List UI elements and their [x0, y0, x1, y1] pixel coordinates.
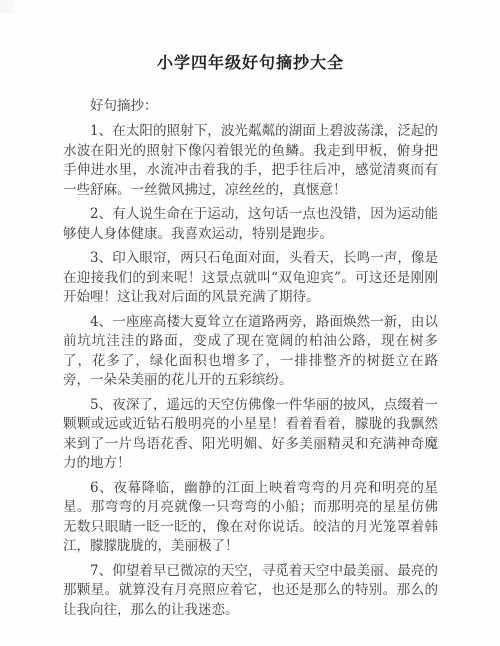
- document-page: 小学四年级好句摘抄大全 好句摘抄： 1、在太阳的照射下，波光粼粼的湖面上碧波荡漾…: [0, 0, 500, 646]
- body-paragraph-4: 4、一座座高楼大夏耸立在道路两旁，路面焕然一新，由以前坑坑洼洼的路面，变成了现在…: [63, 313, 438, 391]
- document-content: 小学四年级好句摘抄大全 好句摘抄： 1、在太阳的照射下，波光粼粼的湖面上碧波荡漾…: [0, 0, 500, 620]
- body-paragraph-3: 3、印入眼帘，两只石龟面对面，头看天，长鸣一声，像是在迎接我们的到来呢！这景点就…: [63, 249, 438, 308]
- body-paragraph-6: 6、夜幕降临，幽静的江面上映着弯弯的月亮和明亮的星星。那弯弯的月亮就像一只弯弯的…: [63, 479, 438, 557]
- page-title: 小学四年级好句摘抄大全: [63, 50, 438, 76]
- body-paragraph-7: 7、仰望着早已微凉的天空，寻觅着天空中最美丽、最亮的那颗星。就算没有月亮照应着它…: [63, 562, 438, 621]
- section-lead-in: 好句摘抄：: [63, 96, 438, 116]
- body-paragraph-5: 5、夜深了，遥远的天空仿佛像一件华丽的披风，点缀着一颗颗或远或近钻石般明亮的小星…: [63, 396, 438, 474]
- body-paragraph-2: 2、有人说生命在于运动，这句话一点也没错，因为运动能够使人身体健康。我喜欢运动，…: [63, 205, 438, 244]
- scan-corner-artifact: [0, 0, 15, 13]
- body-paragraph-1: 1、在太阳的照射下，波光粼粼的湖面上碧波荡漾，泛起的水波在阳光的照射下像闪着银光…: [63, 122, 438, 200]
